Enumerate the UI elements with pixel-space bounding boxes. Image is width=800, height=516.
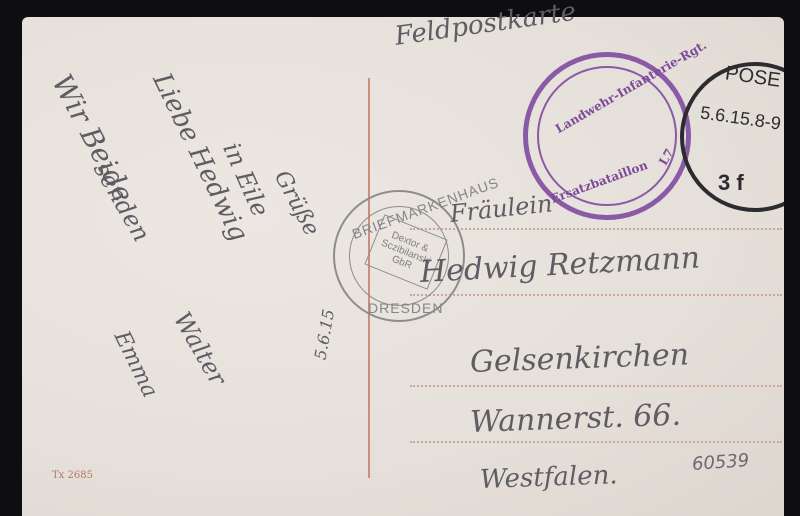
address-line-2 <box>410 294 782 296</box>
dealer-ring-bottom: DRESDEN <box>368 300 443 316</box>
address-line-text: Westfalen. <box>479 460 618 495</box>
postmark-suffix: 3 f <box>718 170 744 196</box>
address-line-4 <box>410 441 782 443</box>
printed-code: Tx 2685 <box>52 470 93 481</box>
address-line-3 <box>410 385 782 387</box>
address-line-1 <box>410 228 782 230</box>
address-line-text: Wannerst. 66. <box>469 398 681 440</box>
scan-border <box>784 0 800 516</box>
pencil-note: 60539 <box>691 450 750 475</box>
